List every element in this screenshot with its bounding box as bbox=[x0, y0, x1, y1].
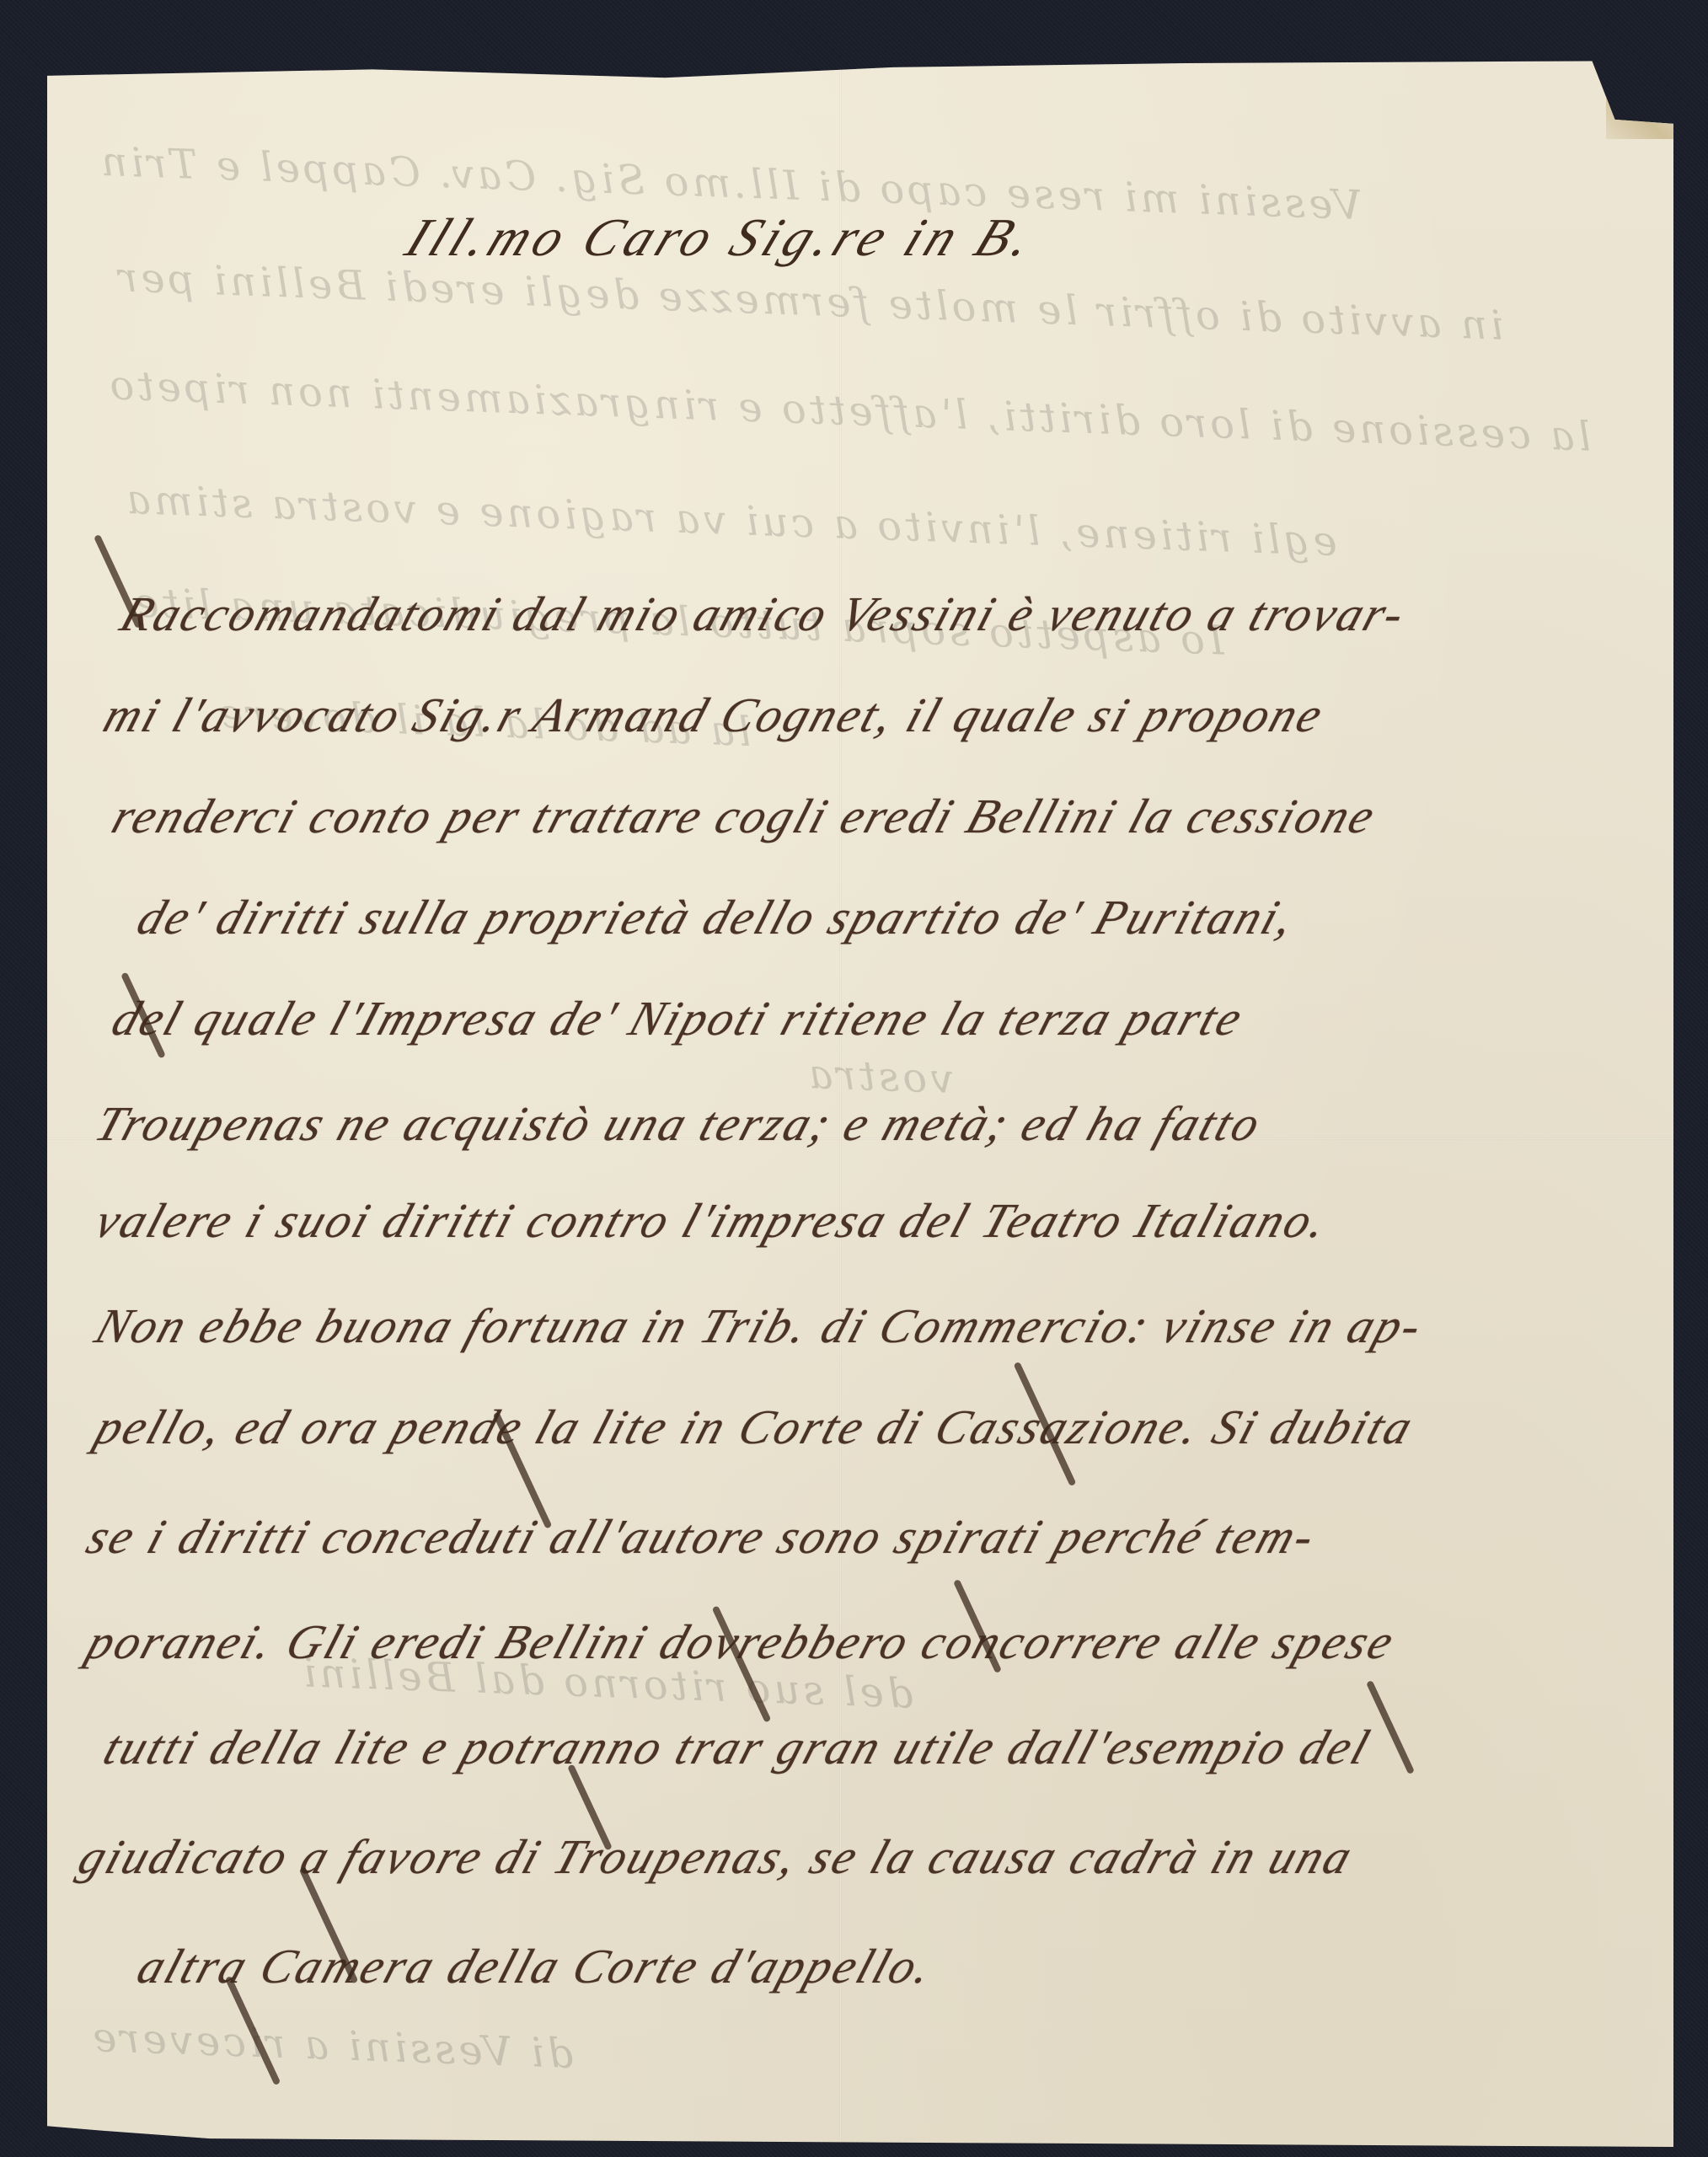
letter-line-text: mi l'avvocato Sig.r Armand Cognet, il qu… bbox=[97, 688, 1331, 742]
letter-line: se i diritti conceduti all'autore sono s… bbox=[80, 1508, 1324, 1565]
manuscript-page: Vessini mi rese capo di Ill.mo Sig. Cav.… bbox=[47, 59, 1673, 2147]
bleed-through-line: egli ritiene, l'invito a cui va ragione … bbox=[122, 476, 1337, 565]
bleed-through-line: di Vessini a ricevere bbox=[88, 2014, 574, 2078]
letter-line: renderci conto per trattare cogli eredi … bbox=[105, 788, 1384, 844]
letter-line: Troupenas ne acquistò una terza; e metà;… bbox=[88, 1095, 1270, 1152]
letter-line: Raccomandatomi dal mio amico Vessini è v… bbox=[114, 586, 1414, 642]
letter-line: del quale l'Impresa de' Nipoti ritiene l… bbox=[105, 990, 1251, 1046]
bleed-through-line: la cessione di loro diritti, l'affetto e… bbox=[106, 361, 1593, 460]
letter-line: valere i suoi diritti contro l'impresa d… bbox=[88, 1192, 1336, 1249]
letter-line: mi l'avvocato Sig.r Armand Cognet, il qu… bbox=[97, 687, 1332, 743]
letter-line: pello, ed ora pende la lite in Corte di … bbox=[88, 1399, 1422, 1455]
letter-line: altra Camera della Corte d'appello. bbox=[131, 1938, 941, 1994]
letter-line: tutti della lite e potranno trar gran ut… bbox=[97, 1719, 1379, 1775]
letter-line: de' diritti sulla proprietà dello sparti… bbox=[131, 889, 1304, 945]
salutation: Ill.mo Caro Sig.re in B. bbox=[397, 206, 1047, 269]
letter-line: giudicato a favore di Troupenas, se la c… bbox=[72, 1828, 1361, 1885]
letter-line: Non ebbe buona fortuna in Trib. di Comme… bbox=[88, 1298, 1432, 1354]
